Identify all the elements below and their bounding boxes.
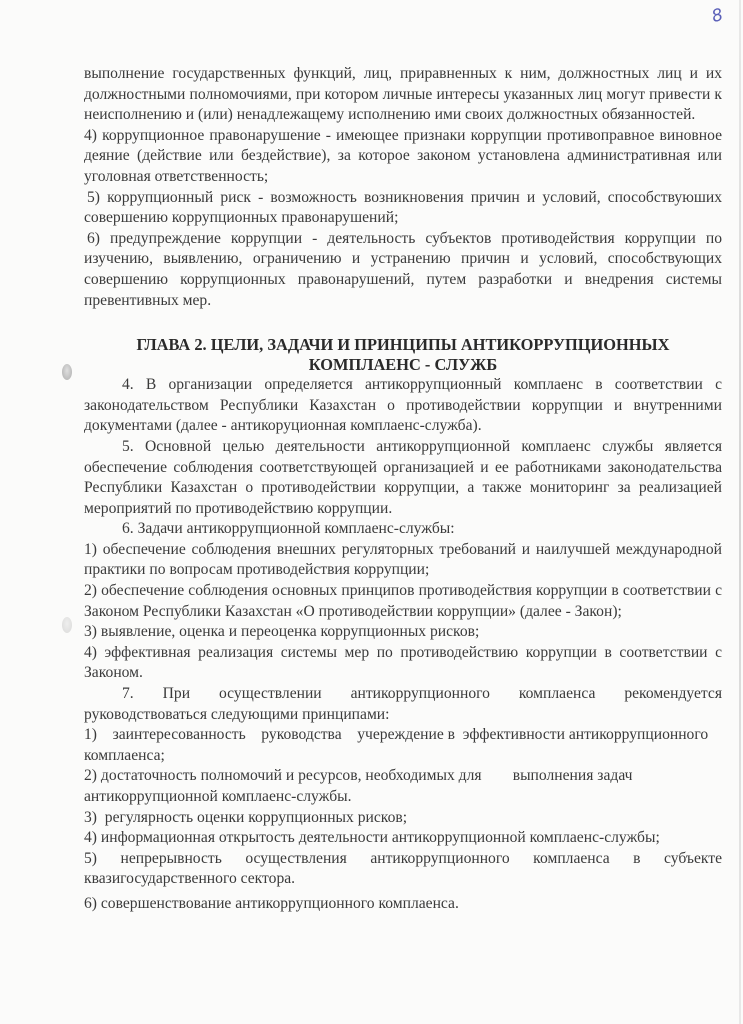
clause-7-item-1: 1) заинтересованность руководства учереж… [84,725,722,766]
chapter-heading: ГЛАВА 2. ЦЕЛИ, ЗАДАЧИ И ПРИНЦИПЫ АНТИКОР… [84,335,722,375]
clause-6-item-2: 2) обеспечение соблюдения основных принц… [84,581,722,622]
clause-6-item-1: 1) обеспечение соблюдения внешних регуля… [84,540,722,581]
paragraph-definition-5: 5) коррупционный риск - возможность возн… [84,188,722,229]
paragraph-definition-6: 6) предупреждение коррупции - деятельнос… [84,229,722,311]
clause-7-item-2: 2) достаточность полномочий и ресурсов, … [84,766,722,807]
punch-hole-mark [62,617,72,633]
paragraph-definition-4: 4) коррупционное правонарушение - имеюще… [84,126,722,188]
clause-7-item-6: 6) совершенствование антикоррупционного … [84,894,722,915]
clause-4: 4. В организации определяется антикорруп… [84,375,722,437]
chapter-heading-line-2: КОМПЛАЕНС - СЛУЖБ [84,355,722,375]
chapter-heading-line-1: ГЛАВА 2. ЦЕЛИ, ЗАДАЧИ И ПРИНЦИПЫ АНТИКОР… [84,335,722,355]
clause-7-item-4: 4) информационная открытость деятельност… [84,828,722,849]
paragraph-definition-continuation: выполнение государственных функций, лиц,… [84,64,722,126]
page-edge-shadow [739,0,741,1024]
punch-hole-mark [62,364,72,380]
clause-6-title: 6. Задачи антикоррупционной комплаенс-сл… [84,519,722,540]
clause-6-item-4: 4) эффективная реализация системы мер по… [84,643,722,684]
clause-7-title: 7. При осуществлении антикоррупционного … [84,684,722,725]
clause-7-item-3: 3) регулярность оценки коррупционных рис… [84,808,722,829]
clause-5: 5. Основной целью деятельности антикорру… [84,437,722,519]
scanned-page: 8 выполнение государственных функций, ли… [0,0,743,1024]
handwritten-page-number: 8 [710,5,726,27]
document-body: выполнение государственных функций, лиц,… [84,64,722,915]
clause-6-item-3: 3) выявление, оценка и переоценка корруп… [84,622,722,643]
clause-7-item-5: 5) непрерывность осуществления антикорру… [84,849,722,890]
